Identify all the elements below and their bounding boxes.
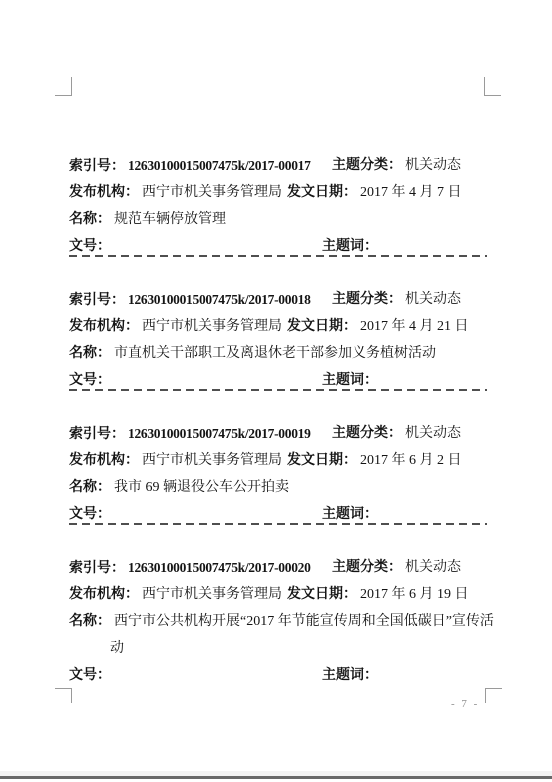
text-boundary-mark-bottom-right — [485, 688, 502, 689]
agency-value: 西宁市机关事务管理局 — [142, 453, 282, 468]
category-value: 机关动态 — [405, 292, 461, 307]
date-label: 发文日期： — [287, 453, 357, 468]
docno-row: 文号： 主题词： — [69, 233, 487, 260]
date-field: 发文日期：2017 年 4 月 7 日 — [287, 179, 462, 206]
docno-row: 文号： 主题词： — [69, 662, 487, 689]
agency-value: 西宁市机关事务管理局 — [142, 319, 282, 334]
docno-label: 文号： — [69, 668, 111, 683]
index-label: 索引号： — [69, 159, 125, 174]
keywords-label: 主题词： — [322, 507, 378, 522]
agency-value: 西宁市机关事务管理局 — [142, 185, 282, 200]
text-boundary-mark-bottom-right — [485, 688, 486, 703]
agency-label: 发布机构： — [69, 319, 139, 334]
name-value: 我市 69 辆退役公车公开拍卖 — [114, 480, 289, 495]
text-boundary-mark-top-left — [71, 77, 72, 96]
date-value: 2017 年 6 月 2 日 — [360, 453, 462, 468]
agency-label: 发布机构： — [69, 185, 139, 200]
category-label: 主题分类： — [332, 158, 402, 173]
date-field: 发文日期：2017 年 6 月 2 日 — [287, 447, 462, 474]
page-number: - 7 - — [451, 698, 479, 710]
date-value: 2017 年 6 月 19 日 — [360, 587, 469, 602]
docno-label: 文号： — [69, 239, 111, 254]
index-row: 索引号：12630100015007475k/2017-00020 主题分类：机… — [69, 554, 487, 581]
category-label: 主题分类： — [332, 292, 402, 307]
agency-row: 发布机构：西宁市机关事务管理局 发文日期：2017 年 6 月 2 日 — [69, 447, 487, 474]
date-label: 发文日期： — [287, 319, 357, 334]
index-row: 索引号：12630100015007475k/2017-00019 主题分类：机… — [69, 420, 487, 447]
docno-row: 文号： 主题词： — [69, 501, 487, 528]
date-value: 2017 年 4 月 21 日 — [360, 319, 469, 334]
keywords-field: 主题词： — [322, 233, 381, 260]
name-row: 名称：西宁市公共机构开展“2017 年节能宣传周和全国低碳日”宣传活动 — [69, 608, 505, 662]
date-label: 发文日期： — [287, 587, 357, 602]
text-boundary-mark-top-left — [55, 95, 72, 96]
record-block-3: 索引号：12630100015007475k/2017-00019 主题分类：机… — [69, 420, 487, 525]
name-row: 名称：市直机关干部职工及离退休老干部参加义务植树活动 — [69, 340, 505, 367]
index-row: 索引号：12630100015007475k/2017-00017 主题分类：机… — [69, 152, 487, 179]
agency-row: 发布机构：西宁市机关事务管理局 发文日期：2017 年 4 月 7 日 — [69, 179, 487, 206]
keywords-label: 主题词： — [322, 668, 378, 683]
docno-label: 文号： — [69, 373, 111, 388]
name-value: 规范车辆停放管理 — [114, 212, 226, 227]
keywords-field: 主题词： — [322, 501, 381, 528]
category-field: 主题分类：机关动态 — [332, 286, 461, 313]
index-value: 12630100015007475k/2017-00019 — [128, 426, 311, 441]
index-value: 12630100015007475k/2017-00020 — [128, 560, 311, 575]
index-label: 索引号： — [69, 427, 125, 442]
name-value: 市直机关干部职工及离退休老干部参加义务植树活动 — [114, 346, 436, 361]
index-value: 12630100015007475k/2017-00017 — [128, 158, 311, 173]
category-value: 机关动态 — [405, 158, 461, 173]
agency-label: 发布机构： — [69, 453, 139, 468]
text-boundary-mark-top-right — [484, 77, 485, 96]
index-value: 12630100015007475k/2017-00018 — [128, 292, 311, 307]
category-label: 主题分类： — [332, 426, 402, 441]
keywords-label: 主题词： — [322, 239, 378, 254]
category-field: 主题分类：机关动态 — [332, 554, 461, 581]
category-value: 机关动态 — [405, 426, 461, 441]
records-list: 索引号：12630100015007475k/2017-00017 主题分类：机… — [69, 152, 487, 689]
keywords-field: 主题词： — [322, 367, 381, 394]
date-label: 发文日期： — [287, 185, 357, 200]
name-row: 名称：规范车辆停放管理 — [69, 206, 505, 233]
agency-row: 发布机构：西宁市机关事务管理局 发文日期：2017 年 6 月 19 日 — [69, 581, 487, 608]
date-field: 发文日期：2017 年 6 月 19 日 — [287, 581, 469, 608]
record-block-1: 索引号：12630100015007475k/2017-00017 主题分类：机… — [69, 152, 487, 257]
record-block-2: 索引号：12630100015007475k/2017-00018 主题分类：机… — [69, 286, 487, 391]
agency-label: 发布机构： — [69, 587, 139, 602]
category-field: 主题分类：机关动态 — [332, 152, 461, 179]
text-boundary-mark-bottom-left — [71, 688, 72, 703]
name-row: 名称：我市 69 辆退役公车公开拍卖 — [69, 474, 505, 501]
docno-label: 文号： — [69, 507, 111, 522]
docno-row: 文号： 主题词： — [69, 367, 487, 394]
category-label: 主题分类： — [332, 560, 402, 575]
index-row: 索引号：12630100015007475k/2017-00018 主题分类：机… — [69, 286, 487, 313]
agency-value: 西宁市机关事务管理局 — [142, 587, 282, 602]
index-label: 索引号： — [69, 293, 125, 308]
document-page: 索引号：12630100015007475k/2017-00017 主题分类：机… — [0, 0, 552, 782]
name-value: 西宁市公共机构开展“2017 年节能宣传周和全国低碳日”宣传活动 — [110, 614, 494, 656]
name-label: 名称： — [69, 346, 111, 361]
name-label: 名称： — [69, 614, 111, 629]
name-label: 名称： — [69, 212, 111, 227]
keywords-label: 主题词： — [322, 373, 378, 388]
agency-row: 发布机构：西宁市机关事务管理局 发文日期：2017 年 4 月 21 日 — [69, 313, 487, 340]
date-value: 2017 年 4 月 7 日 — [360, 185, 462, 200]
name-label: 名称： — [69, 480, 111, 495]
page-bottom-border — [0, 776, 552, 779]
record-block-4: 索引号：12630100015007475k/2017-00020 主题分类：机… — [69, 554, 487, 689]
keywords-field: 主题词： — [322, 662, 381, 689]
category-value: 机关动态 — [405, 560, 461, 575]
index-label: 索引号： — [69, 561, 125, 576]
date-field: 发文日期：2017 年 4 月 21 日 — [287, 313, 469, 340]
text-boundary-mark-top-right — [484, 95, 501, 96]
category-field: 主题分类：机关动态 — [332, 420, 461, 447]
